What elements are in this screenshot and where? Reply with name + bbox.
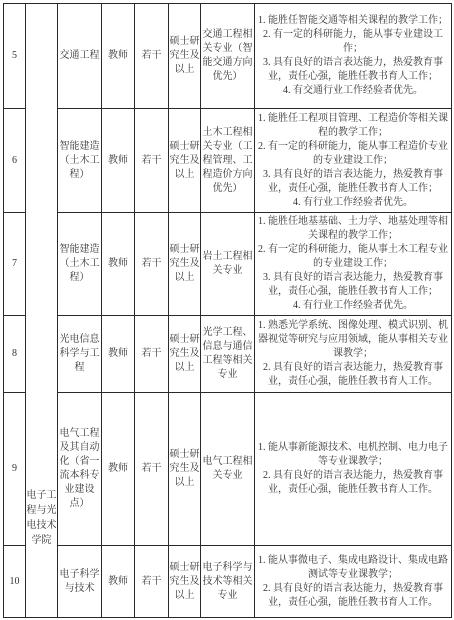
table-row: 6 智能建造（土木工程） 教师 若干 硕士研究生及以上 土木工程相关专业（工程管…	[4, 109, 452, 213]
cell-education: 硕士研究生及以上	[169, 393, 201, 546]
cell-count: 若干	[135, 546, 169, 618]
cell-major: 光电信息科学与工程	[58, 316, 102, 393]
cell-position: 教师	[102, 546, 135, 618]
cell-position: 教师	[102, 4, 135, 109]
document-page: 5 电子工程与光电技术学院 交通工程 教师 若干 硕士研究生及以上 交通工程相关…	[0, 0, 454, 620]
table-row: 8 光电信息科学与工程 教师 若干 硕士研究生及以上 光学工程、信息与通信工程等…	[4, 316, 452, 393]
cell-count: 若干	[135, 393, 169, 546]
cell-major-requirement: 土木工程相关专业（工程管理、工程造价方向优先）	[201, 109, 255, 213]
cell-position: 教师	[102, 109, 135, 213]
cell-row-number: 9	[4, 393, 26, 546]
recruitment-table: 5 电子工程与光电技术学院 交通工程 教师 若干 硕士研究生及以上 交通工程相关…	[3, 3, 452, 618]
cell-requirements: 1. 能从事新能源技术、电机控制、电力电子等专业课教学； 2. 具有良好的语言表…	[255, 393, 452, 546]
cell-row-number: 10	[4, 546, 26, 618]
cell-requirements: 1. 熟悉光学系统、图像处理、模式识别、机器视觉等研究与应用领域，能从事相关专业…	[255, 316, 452, 393]
cell-education: 硕士研究生及以上	[169, 546, 201, 618]
cell-position: 教师	[102, 393, 135, 546]
cell-education: 硕士研究生及以上	[169, 109, 201, 213]
table-row: 7 智能建造（土木工程） 教师 若干 硕士研究生及以上 岩土工程相关专业 1. …	[4, 213, 452, 316]
cell-requirements: 1. 能胜任智能交通等相关课程的教学工作； 2. 有一定的科研能力，能从事专业建…	[255, 4, 452, 109]
cell-row-number: 8	[4, 316, 26, 393]
cell-education: 硕士研究生及以上	[169, 213, 201, 316]
cell-major-requirement: 交通工程相关专业（智能交通方向优先）	[201, 4, 255, 109]
cell-major-requirement: 电气工程相关专业	[201, 393, 255, 546]
cell-education: 硕士研究生及以上	[169, 316, 201, 393]
cell-row-number: 7	[4, 213, 26, 316]
cell-row-number: 6	[4, 109, 26, 213]
cell-major: 电子科学与技术	[58, 546, 102, 618]
cell-major-requirement: 光学工程、信息与通信工程等相关专业	[201, 316, 255, 393]
cell-count: 若干	[135, 316, 169, 393]
table-row: 10 电子科学与技术 教师 若干 硕士研究生及以上 电子科学与技术等相关专业 1…	[4, 546, 452, 618]
cell-major-requirement: 岩土工程相关专业	[201, 213, 255, 316]
table-row: 5 电子工程与光电技术学院 交通工程 教师 若干 硕士研究生及以上 交通工程相关…	[4, 4, 452, 109]
cell-count: 若干	[135, 4, 169, 109]
cell-requirements: 1. 能胜任地基基础、土力学、地基处理等相关课程的教学工作； 2. 有一定的科研…	[255, 213, 452, 316]
cell-education: 硕士研究生及以上	[169, 4, 201, 109]
cell-college: 电子工程与光电技术学院	[26, 4, 58, 618]
cell-requirements: 1. 能从事微电子、集成电路设计、集成电路测试等专业课教学； 2. 具有良好的语…	[255, 546, 452, 618]
cell-row-number: 5	[4, 4, 26, 109]
cell-count: 若干	[135, 213, 169, 316]
cell-count: 若干	[135, 109, 169, 213]
college-name: 电子工程与光电技术学院	[26, 488, 57, 548]
cell-major: 交通工程	[58, 4, 102, 109]
cell-position: 教师	[102, 213, 135, 316]
cell-position: 教师	[102, 316, 135, 393]
cell-major: 智能建造（土木工程）	[58, 109, 102, 213]
cell-requirements: 1. 能胜任工程项目管理、工程造价等相关课程的教学工作； 2. 有一定的科研能力…	[255, 109, 452, 213]
table-row: 9 电气工程及其自动化（省一流本科专业建设点） 教师 若干 硕士研究生及以上 电…	[4, 393, 452, 546]
cell-major: 智能建造（土木工程）	[58, 213, 102, 316]
cell-major-requirement: 电子科学与技术等相关专业	[201, 546, 255, 618]
cell-major: 电气工程及其自动化（省一流本科专业建设点）	[58, 393, 102, 546]
